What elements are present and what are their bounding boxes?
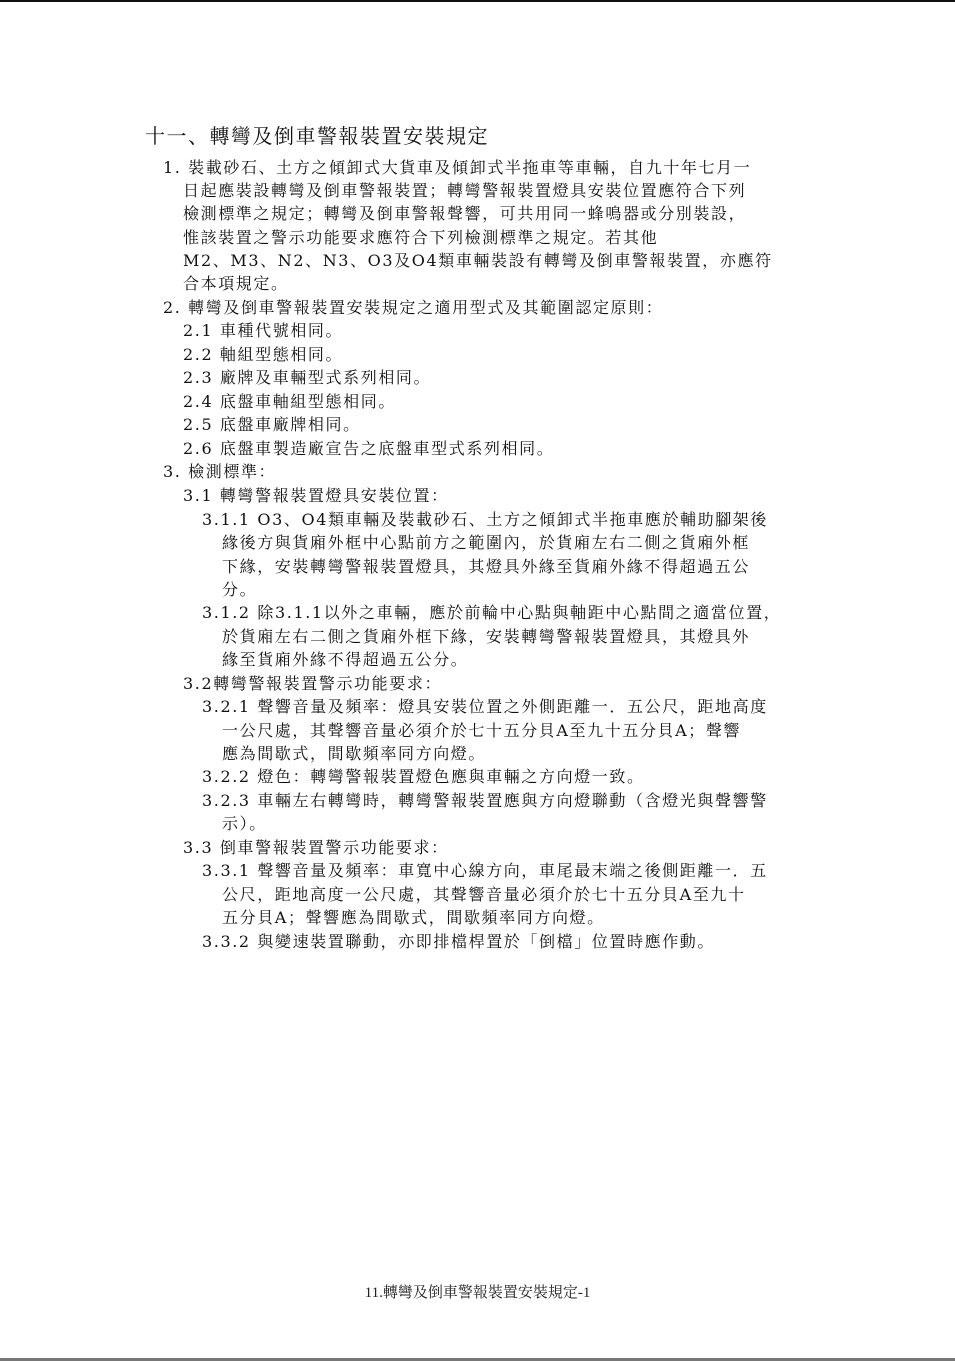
- text-line: 公尺，距地高度一公尺處，其聲響音量必須介於七十五分貝A至九十: [222, 885, 746, 905]
- text-line: 日起應裝設轉彎及倒車警報裝置；轉彎警報裝置燈具安裝位置應符合下列: [183, 181, 746, 201]
- page-footer: 11.轉彎及倒車警報裝置安裝規定-1: [0, 1281, 955, 1302]
- text-line: 檢測標準之規定；轉彎及倒車警報聲響，可共用同一蜂鳴器或分別裝設，: [183, 204, 746, 224]
- text-line: 緣至貨廂外緣不得超過五公分。: [222, 650, 468, 670]
- text-line: 2.5 底盤車廠牌相同。: [183, 415, 361, 435]
- text-line: 2.1 車種代號相同。: [183, 321, 343, 341]
- text-line: 2.6 底盤車製造廠宣告之底盤車型式系列相同。: [183, 439, 554, 459]
- text-line: 3.2.3 車輛左右轉彎時，轉彎警報裝置應與方向燈聯動（含燈光與聲響警: [202, 791, 768, 811]
- text-line: 示）。: [222, 814, 267, 834]
- text-line: 3.2轉彎警報裝置警示功能要求：: [183, 674, 442, 694]
- text-line: 五分貝A；聲響應為間歇式，間歇頻率同方向燈。: [222, 908, 605, 928]
- text-line: 3.1.1 O3、O4類車輛及裝載砂石、土方之傾卸式半拖車應於輔助腳架後: [202, 510, 768, 530]
- text-line: 2. 轉彎及倒車警報裝置安裝規定之適用型式及其範圍認定原則：: [163, 298, 663, 318]
- text-line: 3. 檢測標準：: [163, 462, 276, 482]
- text-line: 3.3.2 與變速裝置聯動，亦即排檔桿置於「倒檔」位置時應作動。: [202, 932, 715, 952]
- text-line: 緣後方與貨廂外框中心點前方之範圍內，於貨廂左右二側之貨廂外框: [222, 533, 750, 553]
- text-line: 2.4 底盤車軸組型態相同。: [183, 392, 396, 412]
- text-line: 合本項規定。: [183, 274, 289, 294]
- text-line: 2.3 廠牌及車輛型式系列相同。: [183, 368, 431, 388]
- text-line: 應為間歇式，間歇頻率同方向燈。: [222, 744, 486, 764]
- text-line: 3.2.2 燈色：轉彎警報裝置燈色應與車輛之方向燈一致。: [202, 767, 645, 787]
- text-line: 3.3.1 聲響音量及頻率：車寬中心線方向，車尾最末端之後側距離一．五: [202, 861, 768, 881]
- text-line: 3.1 轉彎警報裝置燈具安裝位置：: [183, 486, 449, 506]
- page-top-border: [0, 0, 955, 2]
- text-line: 3.2.1 聲響音量及頻率：燈具安裝位置之外側距離一．五公尺，距地高度: [202, 697, 768, 717]
- text-line: 3.3 倒車警報裝置警示功能要求：: [183, 838, 449, 858]
- text-line: 分。: [222, 580, 257, 600]
- text-line: 3.1.2 除3.1.1以外之車輛，應於前輪中心點與軸距中心點間之適當位置，: [202, 603, 781, 623]
- text-line: M2、M3、N2、N3、O3及O4類車輛裝設有轉彎及倒車警報裝置，亦應符: [183, 251, 773, 271]
- text-line: 下緣，安裝轉彎警報裝置燈具，其燈具外緣至貨廂外緣不得超過五公: [222, 557, 750, 577]
- text-line: 一公尺處，其聲響音量必須介於七十五分貝A至九十五分貝A；聲響: [222, 721, 741, 741]
- text-line: 2.2 軸組型態相同。: [183, 345, 343, 365]
- text-line: 惟該裝置之警示功能要求應符合下列檢測標準之規定。若其他: [183, 228, 658, 248]
- text-line: 1. 裝載砂石、土方之傾卸式大貨車及傾卸式半拖車等車輛，自九十年七月一: [163, 158, 751, 178]
- text-line: 於貨廂左右二側之貨廂外框下緣，安裝轉彎警報裝置燈具，其燈具外: [222, 627, 750, 647]
- section-title: 十一、轉彎及倒車警報裝置安裝規定: [145, 120, 489, 149]
